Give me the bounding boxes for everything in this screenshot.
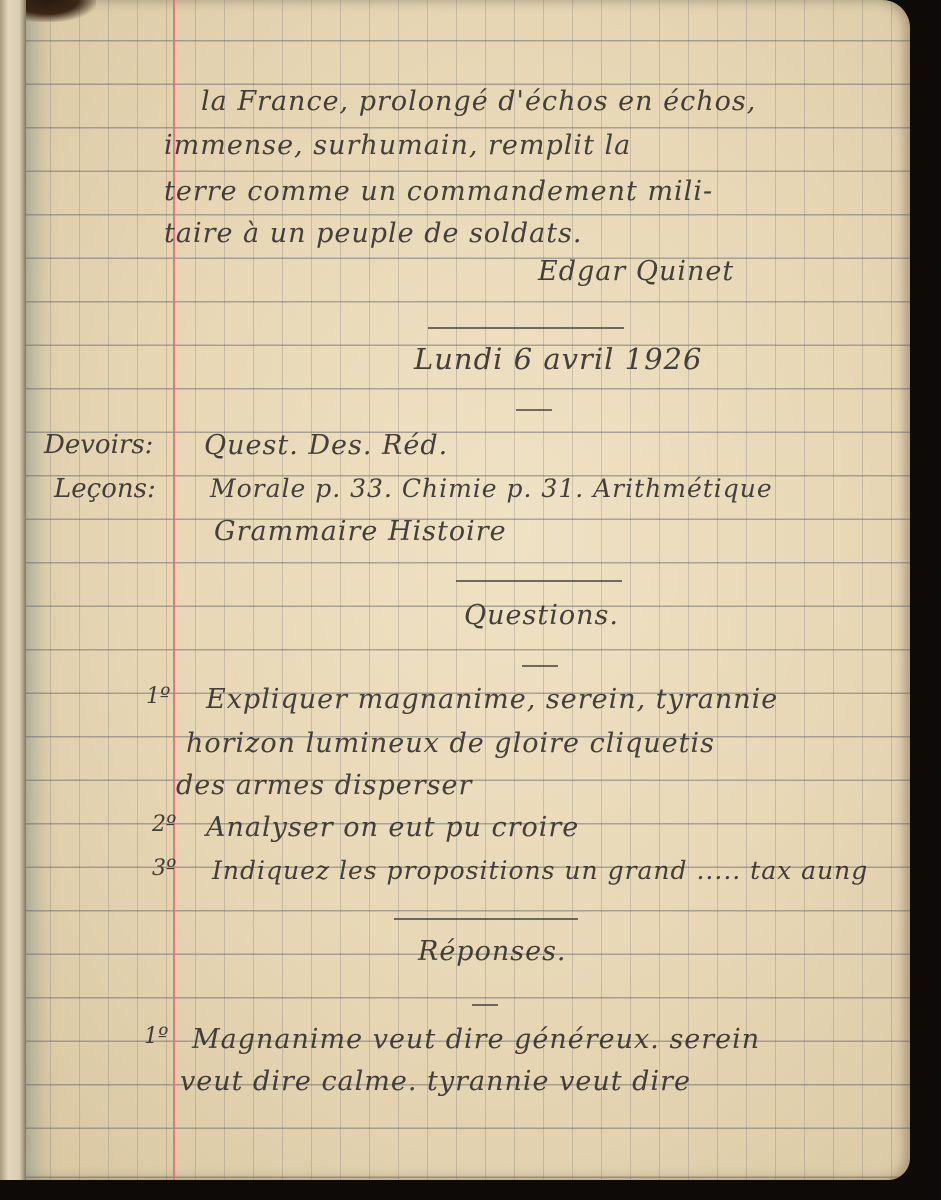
notebook-page: la France, prolongé d'échos en échos, im… (26, 0, 910, 1180)
answer-1-line-1: Magnanime veut dire généreux. serein (192, 1024, 760, 1055)
divider-rule-short (472, 1004, 498, 1006)
page-burn-mark (26, 0, 96, 22)
quote-line-1: la France, prolongé d'échos en échos, (201, 86, 756, 117)
devoirs-label: Devoirs: (44, 430, 153, 460)
quote-line-4: taire à un peuple de soldats. (164, 218, 582, 249)
question-3-line-1: Indiquez les propositions un grand .....… (212, 856, 868, 885)
divider-rule (394, 918, 578, 920)
divider-rule-short (522, 665, 558, 667)
question-1-line-1: Expliquer magnanime, serein, tyrannie (206, 684, 778, 715)
answers-heading: Réponses. (418, 936, 567, 967)
devoirs-text: Quest. Des. Réd. (204, 430, 448, 461)
notebook-binding (0, 0, 28, 1180)
answer-number: 1º (144, 1024, 168, 1049)
question-number: 3º (152, 856, 176, 881)
divider-rule (428, 327, 624, 329)
question-1-line-3: des armes disperser (176, 770, 472, 801)
divider-rule-short (516, 409, 552, 411)
question-number: 2º (152, 812, 176, 837)
question-1-line-2: horizon lumineux de gloire cliquetis (186, 728, 715, 759)
quote-line-3: terre comme un commandement mili- (164, 176, 713, 207)
divider-rule (456, 580, 622, 582)
question-2-line-1: Analyser on eut pu croire (206, 812, 579, 843)
lecons-line-2: Grammaire Histoire (214, 516, 507, 547)
question-number: 1º (146, 684, 170, 709)
lecons-label: Leçons: (54, 474, 156, 504)
quote-line-2: immense, surhumain, remplit la (164, 130, 631, 161)
lecons-line-1: Morale p. 33. Chimie p. 31. Arithmétique (210, 474, 773, 503)
answer-1-line-2: veut dire calme. tyrannie veut dire (180, 1066, 691, 1097)
questions-heading: Questions. (464, 600, 619, 631)
quote-author: Edgar Quinet (538, 256, 734, 287)
date-heading: Lundi 6 avril 1926 (414, 342, 702, 376)
